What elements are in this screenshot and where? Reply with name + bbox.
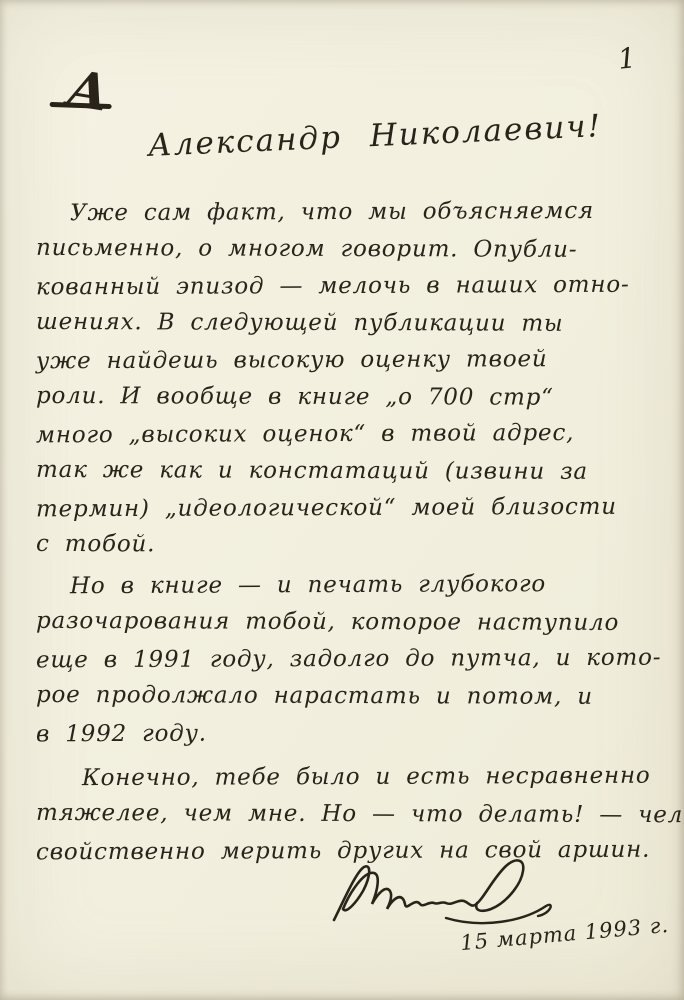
letter-line: роли. И вообще в книге „о 700 стр“: [36, 378, 656, 417]
corner-mark-letter: А: [64, 58, 113, 123]
letter-line: в 1992 году.: [36, 714, 656, 754]
paragraph: Уже сам факт, что мы объясняемся письмен…: [36, 194, 656, 564]
letter-page: А 1 Александр Николаевич! Уже сам факт, …: [0, 0, 684, 1000]
letter-line: письменно, о многом говорит. Опубли-: [36, 230, 656, 269]
letter-line: Но в книге — и печать глубокого: [36, 566, 656, 606]
salutation: Александр Николаевич!: [147, 108, 602, 164]
letter-line: так же как и констатаций (извини за: [36, 452, 656, 491]
paragraph: Конечно, тебе было и есть несравненно тя…: [36, 759, 656, 870]
letter-line: с тобой.: [36, 526, 656, 565]
letter-body: Уже сам факт, что мы объясняемся письмен…: [36, 194, 656, 870]
letter-line: тяжелее, чем мне. Но — что делать! — чел…: [36, 795, 656, 834]
corner-annotation-mark: А: [64, 63, 112, 119]
letter-line: много „высоких оценок“ в твой адрес,: [36, 415, 656, 455]
letter-line: шениях. В следующей публикации ты: [36, 304, 656, 343]
letter-line: разочарования тобой, которое наступило: [36, 603, 656, 642]
corner-mark-stroke: [50, 102, 112, 109]
letter-line: уже найдешь высокую оценку твоей: [36, 341, 656, 381]
page-number: 1: [616, 41, 637, 76]
letter-line: термин) „идеологической“ моей близости: [36, 489, 656, 529]
letter-line: Конечно, тебе было и есть несравненно: [36, 758, 656, 798]
paragraph: Но в книге — и печать глубокого разочаро…: [36, 567, 656, 752]
letter-line: Уже сам факт, что мы объясняемся: [36, 193, 656, 233]
letter-line: еще в 1991 году, задолго до путча, и кот…: [36, 640, 656, 680]
letter-line: кованный эпизод — мелочь в наших отно-: [36, 267, 656, 307]
letter-line: рое продолжало нарастать и потом, и: [36, 677, 656, 716]
